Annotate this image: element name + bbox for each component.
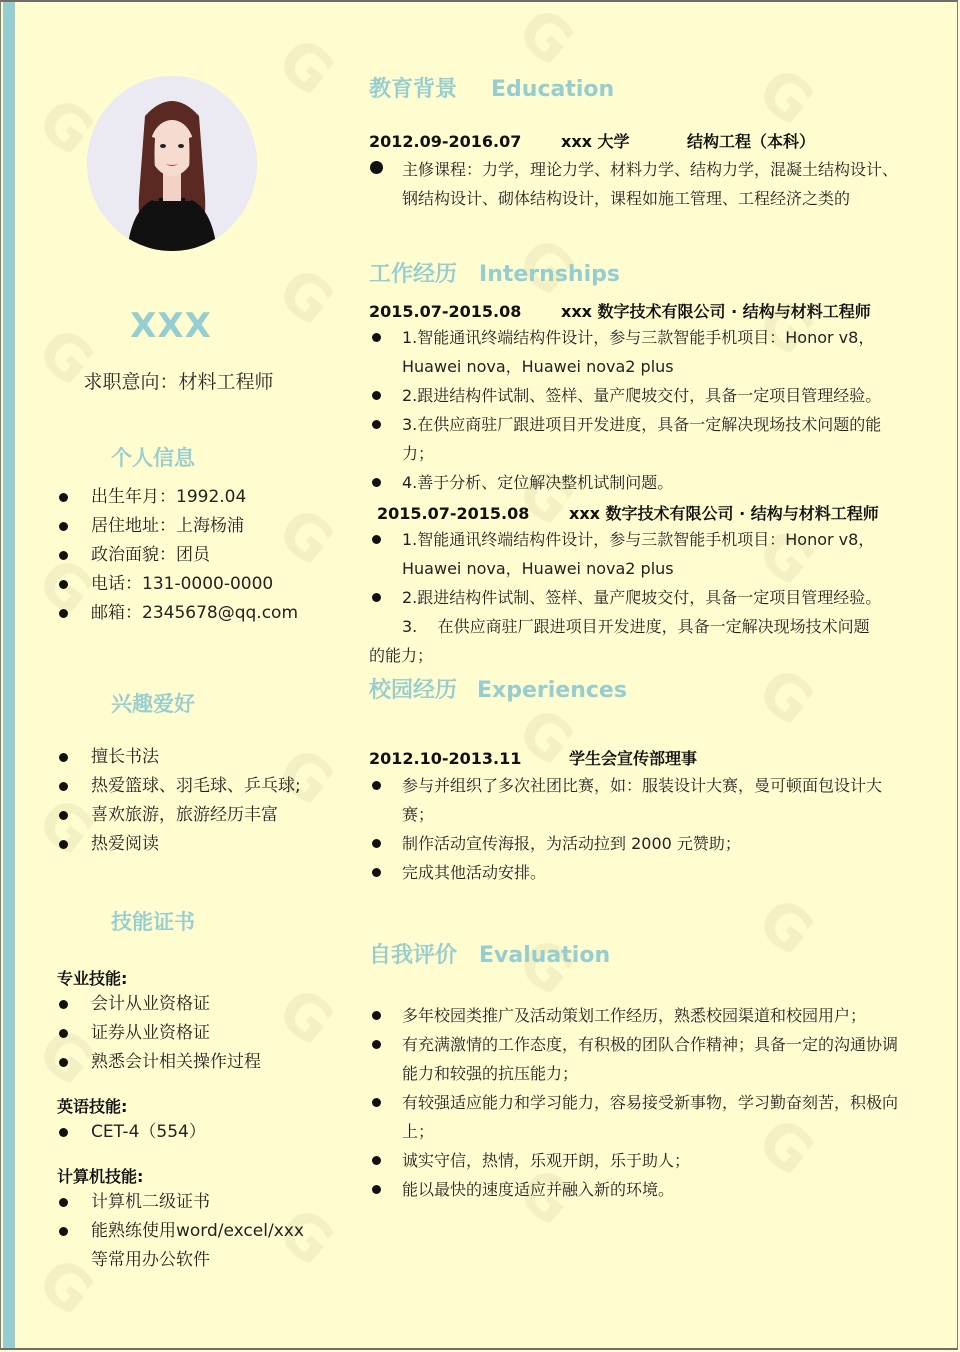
section-title-cn: 工作经历 bbox=[369, 262, 457, 287]
education-list: 主修课程：力学，理论力学、材料力学、结构力学，混凝土结构设计、钢结构设计、砌体结… bbox=[369, 155, 899, 213]
section-title-en: Education bbox=[491, 77, 614, 102]
hobby-item: 热爱阅读 bbox=[57, 830, 301, 859]
watermark: G bbox=[504, 0, 587, 80]
internship-period: 2015.07-2015.08 bbox=[377, 504, 569, 523]
education-header: 2012.09-2016.07xxx 大学结构工程（本科） bbox=[369, 129, 815, 152]
evaluation-item: 能以最快的速度适应并融入新的环境。 bbox=[369, 1175, 899, 1204]
internship-item-continuation: 的能力； bbox=[369, 641, 899, 670]
resume-page: G G G G G G G G G G G G G G G G G G G G … bbox=[0, 0, 958, 1350]
campus-header: 2012.10-2013.11学生会宣传部理事 bbox=[369, 746, 697, 769]
section-title-evaluation: 自我评价Evaluation bbox=[369, 938, 610, 969]
profile-photo bbox=[87, 76, 257, 251]
hobby-item: 喜欢旅游，旅游经历丰富 bbox=[57, 801, 301, 830]
skill-item: 能熟练使用word/excel/xxx等常用办公软件 bbox=[57, 1217, 317, 1275]
personal-info-list: 出生年月：1992.04 居住地址：上海杨浦 政治面貌：团员 电话：131-00… bbox=[57, 483, 298, 628]
skills-group-english-label: 英语技能: bbox=[57, 1094, 127, 1117]
campus-period: 2012.10-2013.11 bbox=[369, 749, 569, 768]
personal-info-item: 居住地址：上海杨浦 bbox=[57, 512, 298, 541]
watermark: G bbox=[264, 24, 347, 109]
person-photo-icon bbox=[87, 76, 257, 251]
skills-professional-list: 会计从业资格证 证券从业资格证 熟悉会计相关操作过程 bbox=[57, 990, 261, 1077]
section-title-cn: 自我评价 bbox=[369, 943, 457, 968]
personal-info-item: 邮箱：2345678@qq.com bbox=[57, 599, 298, 628]
evaluation-item: 多年校园类推广及活动策划工作经历，熟悉校园渠道和校园用户； bbox=[369, 1001, 899, 1030]
section-title-hobbies: 兴趣爱好 bbox=[111, 688, 195, 718]
skill-item: 会计从业资格证 bbox=[57, 990, 261, 1019]
evaluation-item: 有充满激情的工作态度，有积极的团队合作精神；具备一定的沟通协调能力和较强的抗压能… bbox=[369, 1030, 899, 1088]
internship-item: 2.跟进结构件试制、签样、量产爬坡交付，具备一定项目管理经验。 bbox=[369, 381, 899, 410]
internship-org: xxx 数字技术有限公司 · 结构与材料工程师 bbox=[561, 299, 871, 322]
personal-info-item: 电话：131-0000-0000 bbox=[57, 570, 298, 599]
internship-item: 3. 在供应商驻厂跟进项目开发进度，具备一定解决现场技术问题 bbox=[369, 612, 899, 641]
section-title-en: Experiences bbox=[477, 678, 627, 703]
section-title-internships: 工作经历Internships bbox=[369, 257, 620, 288]
skill-item: 证券从业资格证 bbox=[57, 1019, 261, 1048]
personal-info-item: 政治面貌：团员 bbox=[57, 541, 298, 570]
hobby-item: 擅长书法 bbox=[57, 743, 301, 772]
internship-item: 1.智能通讯终端结构件设计，参与三款智能手机项目：Honor v8，Huawei… bbox=[369, 525, 899, 583]
section-title-cn: 校园经历 bbox=[369, 678, 457, 703]
internship-2-trailing: 3. 在供应商驻厂跟进项目开发进度，具备一定解决现场技术问题 的能力； bbox=[369, 612, 899, 670]
education-period: 2012.09-2016.07 bbox=[369, 132, 561, 151]
watermark: G bbox=[264, 974, 347, 1059]
education-item: 主修课程：力学，理论力学、材料力学、结构力学，混凝土结构设计、钢结构设计、砌体结… bbox=[369, 155, 899, 213]
skills-english-list: CET-4（554） bbox=[57, 1118, 206, 1147]
campus-item: 制作活动宣传海报，为活动拉到 2000 元赞助； bbox=[369, 829, 899, 858]
campus-item: 完成其他活动安排。 bbox=[369, 858, 899, 887]
internship-period: 2015.07-2015.08 bbox=[369, 302, 561, 321]
education-school: xxx 大学 bbox=[561, 129, 687, 152]
section-title-en: Internships bbox=[479, 262, 620, 287]
section-title-skills: 技能证书 bbox=[111, 906, 195, 936]
skill-item: 计算机二级证书 bbox=[57, 1188, 317, 1217]
skills-group-professional-label: 专业技能: bbox=[57, 966, 127, 989]
job-objective: 求职意向：材料工程师 bbox=[1, 367, 356, 394]
internship-item: 1.智能通讯终端结构件设计，参与三款智能手机项目：Honor v8，Huawei… bbox=[369, 323, 899, 381]
section-title-cn: 教育背景 bbox=[369, 77, 457, 102]
watermark: G bbox=[744, 54, 827, 139]
evaluation-item: 诚实守信，热情，乐观开朗，乐于助人； bbox=[369, 1146, 899, 1175]
section-title-campus: 校园经历Experiences bbox=[369, 673, 627, 704]
skill-item: CET-4（554） bbox=[57, 1118, 206, 1147]
internship-item: 3.在供应商驻厂跟进项目开发进度，具备一定解决现场技术问题的能力； bbox=[369, 410, 899, 468]
campus-list: 参与并组织了多次社团比赛，如：服装设计大赛，曼可顿面包设计大赛； 制作活动宣传海… bbox=[369, 771, 899, 887]
internship-1-header: 2015.07-2015.08xxx 数字技术有限公司 · 结构与材料工程师 bbox=[369, 299, 871, 322]
campus-role: 学生会宣传部理事 bbox=[569, 746, 697, 769]
section-title-personal-info: 个人信息 bbox=[111, 442, 195, 472]
skill-item: 熟悉会计相关操作过程 bbox=[57, 1048, 261, 1077]
internship-2-header: 2015.07-2015.08xxx 数字技术有限公司 · 结构与材料工程师 bbox=[377, 501, 879, 524]
education-major: 结构工程（本科） bbox=[687, 129, 815, 152]
internship-2-list: 1.智能通讯终端结构件设计，参与三款智能手机项目：Honor v8，Huawei… bbox=[369, 525, 899, 612]
skills-computer-list: 计算机二级证书 能熟练使用word/excel/xxx等常用办公软件 bbox=[57, 1188, 317, 1275]
evaluation-list: 多年校园类推广及活动策划工作经历，熟悉校园渠道和校园用户； 有充满激情的工作态度… bbox=[369, 1001, 899, 1204]
internship-item: 4.善于分析、定位解决整机试制问题。 bbox=[369, 468, 899, 497]
left-accent-stripe bbox=[3, 2, 15, 1348]
campus-item: 参与并组织了多次社团比赛，如：服装设计大赛，曼可顿面包设计大赛； bbox=[369, 771, 899, 829]
internship-item: 2.跟进结构件试制、签样、量产爬坡交付，具备一定项目管理经验。 bbox=[369, 583, 899, 612]
section-title-en: Evaluation bbox=[479, 943, 610, 968]
candidate-name: XXX bbox=[1, 306, 341, 346]
watermark: G bbox=[744, 884, 827, 969]
section-title-education: 教育背景Education bbox=[369, 72, 614, 103]
personal-info-item: 出生年月：1992.04 bbox=[57, 483, 298, 512]
internship-org: xxx 数字技术有限公司 · 结构与材料工程师 bbox=[569, 501, 879, 524]
hobby-item: 热爱篮球、羽毛球、乒乓球; bbox=[57, 772, 301, 801]
skills-group-computer-label: 计算机技能: bbox=[57, 1164, 143, 1187]
hobbies-list: 擅长书法 热爱篮球、羽毛球、乒乓球; 喜欢旅游，旅游经历丰富 热爱阅读 bbox=[57, 743, 301, 859]
evaluation-item: 有较强适应能力和学习能力，容易接受新事物，学习勤奋刻苦，积极向上； bbox=[369, 1088, 899, 1146]
internship-1-list: 1.智能通讯终端结构件设计，参与三款智能手机项目：Honor v8，Huawei… bbox=[369, 323, 899, 497]
